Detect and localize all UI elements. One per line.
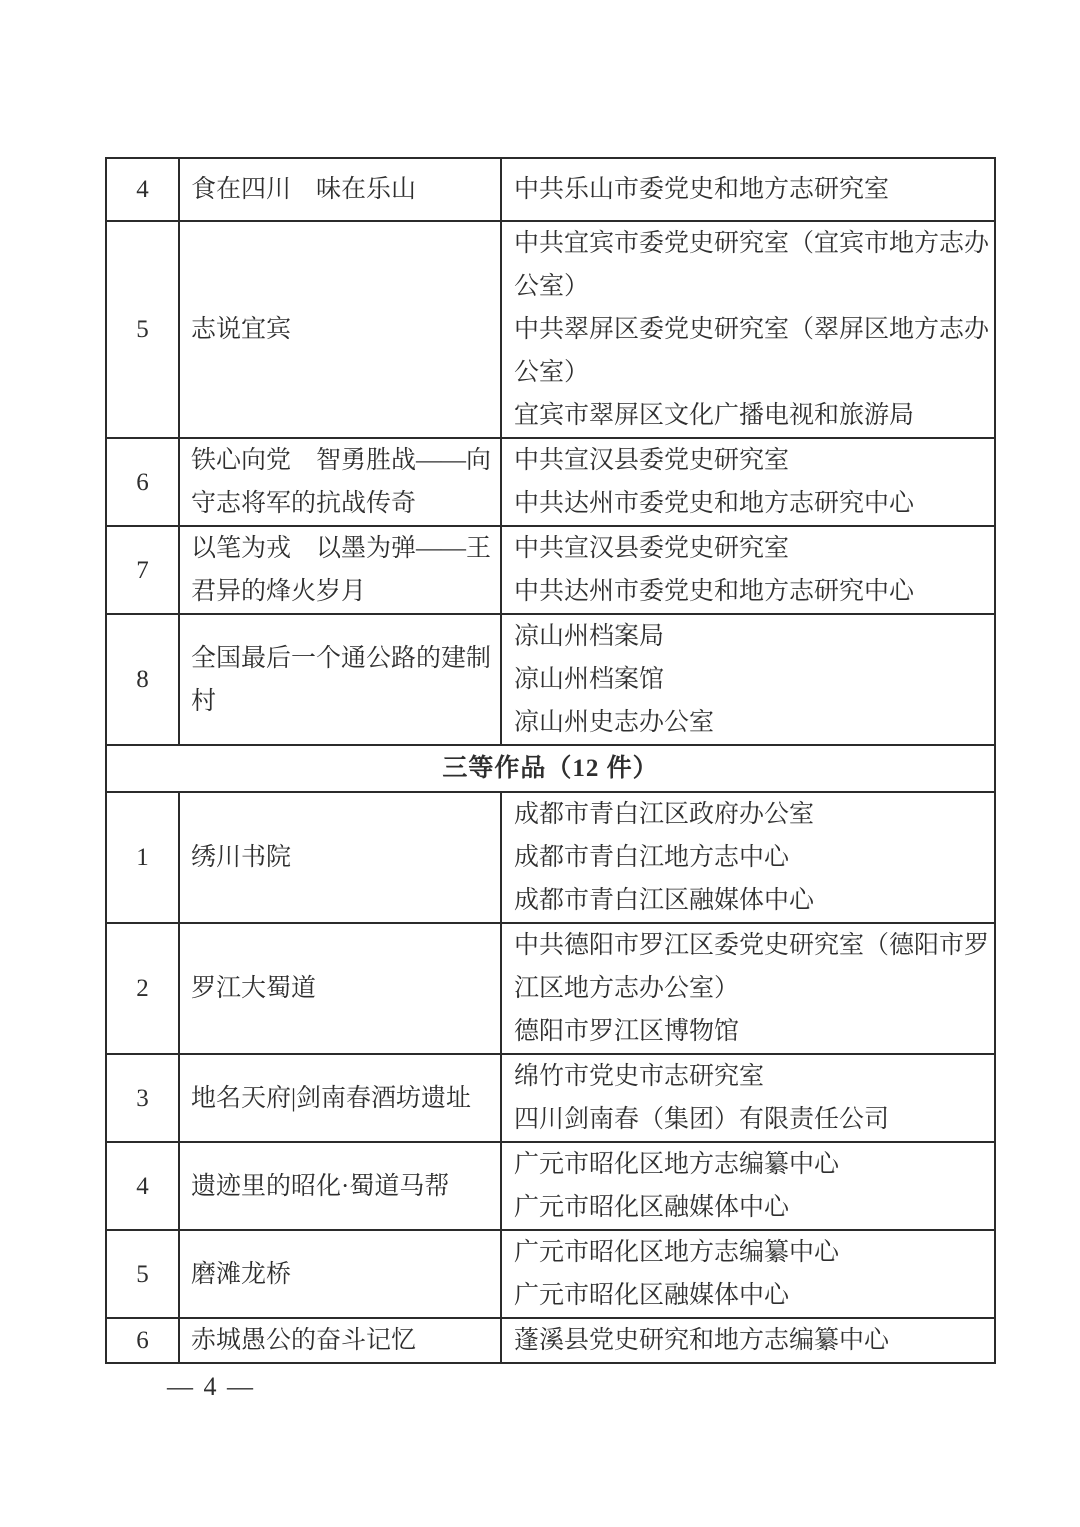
- organization-line: 中共乐山市委党史和地方志研究室: [514, 168, 990, 211]
- organizations-cell: 中共宣汉县委党史研究室 中共达州市委党史和地方志研究中心: [501, 438, 995, 526]
- row-number-cell: 3: [106, 1054, 179, 1142]
- work-title-cell: 赤城愚公的奋斗记忆: [179, 1318, 501, 1363]
- organization-line: 广元市昭化区地方志编纂中心: [514, 1231, 990, 1274]
- organization-line: 德阳市罗江区博物馆: [514, 1010, 990, 1053]
- work-title-cell: 磨滩龙桥: [179, 1230, 501, 1318]
- work-title-cell: 志说宜宾: [179, 221, 501, 438]
- row-number-cell: 4: [106, 1142, 179, 1230]
- organization-line: 凉山州史志办公室: [514, 701, 990, 744]
- row-number-cell: 1: [106, 792, 179, 923]
- organization-line: 宜宾市翠屏区文化广播电视和旅游局: [514, 394, 990, 437]
- organization-line: 成都市青白江地方志中心: [514, 836, 990, 879]
- row-number-cell: 6: [106, 1318, 179, 1363]
- table-row: 4 食在四川 味在乐山 中共乐山市委党史和地方志研究室: [106, 158, 995, 221]
- table-row: 6 铁心向党 智勇胜战——向守志将军的抗战传奇 中共宣汉县委党史研究室 中共达州…: [106, 438, 995, 526]
- row-number-cell: 7: [106, 526, 179, 614]
- organization-line: 绵竹市党史市志研究室: [514, 1055, 990, 1098]
- organizations-cell: 中共德阳市罗江区委党史研究室（德阳市罗江区地方志办公室） 德阳市罗江区博物馆: [501, 923, 995, 1054]
- organization-line: 中共达州市委党史和地方志研究中心: [514, 570, 990, 613]
- organizations-cell: 广元市昭化区地方志编纂中心 广元市昭化区融媒体中心: [501, 1142, 995, 1230]
- work-title-cell: 铁心向党 智勇胜战——向守志将军的抗战传奇: [179, 438, 501, 526]
- organization-line: 中共宣汉县委党史研究室: [514, 527, 990, 570]
- row-number-cell: 8: [106, 614, 179, 745]
- organization-line: 广元市昭化区地方志编纂中心: [514, 1143, 990, 1186]
- work-title-cell: 绣川书院: [179, 792, 501, 923]
- organizations-cell: 中共乐山市委党史和地方志研究室: [501, 158, 995, 221]
- organization-line: 凉山州档案局: [514, 615, 990, 658]
- organization-line: 中共翠屏区委党史研究室（翠屏区地方志办公室）: [514, 308, 990, 394]
- awards-table: 4 食在四川 味在乐山 中共乐山市委党史和地方志研究室 5 志说宜宾 中共宜宾市…: [105, 157, 996, 1364]
- organizations-cell: 广元市昭化区地方志编纂中心 广元市昭化区融媒体中心: [501, 1230, 995, 1318]
- page-number: — 4 —: [167, 1372, 255, 1402]
- row-number-cell: 5: [106, 1230, 179, 1318]
- table-row: 2 罗江大蜀道 中共德阳市罗江区委党史研究室（德阳市罗江区地方志办公室） 德阳市…: [106, 923, 995, 1054]
- table-row: 5 志说宜宾 中共宜宾市委党史研究室（宜宾市地方志办公室） 中共翠屏区委党史研究…: [106, 221, 995, 438]
- tier-section-header: 三等作品（12 件）: [106, 745, 995, 792]
- work-title-cell: 全国最后一个通公路的建制村: [179, 614, 501, 745]
- organization-line: 中共宣汉县委党史研究室: [514, 439, 990, 482]
- organizations-cell: 中共宣汉县委党史研究室 中共达州市委党史和地方志研究中心: [501, 526, 995, 614]
- table-row: 8 全国最后一个通公路的建制村 凉山州档案局 凉山州档案馆 凉山州史志办公室: [106, 614, 995, 745]
- organizations-cell: 中共宜宾市委党史研究室（宜宾市地方志办公室） 中共翠屏区委党史研究室（翠屏区地方…: [501, 221, 995, 438]
- row-number-cell: 2: [106, 923, 179, 1054]
- table-row: 5 磨滩龙桥 广元市昭化区地方志编纂中心 广元市昭化区融媒体中心: [106, 1230, 995, 1318]
- organization-line: 广元市昭化区融媒体中心: [514, 1186, 990, 1229]
- work-title-cell: 食在四川 味在乐山: [179, 158, 501, 221]
- organization-line: 成都市青白江区融媒体中心: [514, 879, 990, 922]
- organizations-cell: 绵竹市党史市志研究室 四川剑南春（集团）有限责任公司: [501, 1054, 995, 1142]
- work-title-cell: 遗迹里的昭化·蜀道马帮: [179, 1142, 501, 1230]
- section-header-row: 三等作品（12 件）: [106, 745, 995, 792]
- organization-line: 蓬溪县党史研究和地方志编纂中心: [514, 1319, 990, 1362]
- table-row: 6 赤城愚公的奋斗记忆 蓬溪县党史研究和地方志编纂中心: [106, 1318, 995, 1363]
- document-page: 4 食在四川 味在乐山 中共乐山市委党史和地方志研究室 5 志说宜宾 中共宜宾市…: [0, 0, 1080, 1527]
- organization-line: 成都市青白江区政府办公室: [514, 793, 990, 836]
- work-title-cell: 罗江大蜀道: [179, 923, 501, 1054]
- work-title-cell: 地名天府|剑南春酒坊遗址: [179, 1054, 501, 1142]
- organization-line: 中共达州市委党史和地方志研究中心: [514, 482, 990, 525]
- organizations-cell: 蓬溪县党史研究和地方志编纂中心: [501, 1318, 995, 1363]
- organization-line: 中共德阳市罗江区委党史研究室（德阳市罗江区地方志办公室）: [514, 924, 990, 1010]
- row-number-cell: 4: [106, 158, 179, 221]
- work-title-cell: 以笔为戎 以墨为弹——王君异的烽火岁月: [179, 526, 501, 614]
- organization-line: 中共宜宾市委党史研究室（宜宾市地方志办公室）: [514, 222, 990, 308]
- row-number-cell: 6: [106, 438, 179, 526]
- row-number-cell: 5: [106, 221, 179, 438]
- organization-line: 凉山州档案馆: [514, 658, 990, 701]
- organization-line: 广元市昭化区融媒体中心: [514, 1274, 990, 1317]
- organization-line: 四川剑南春（集团）有限责任公司: [514, 1098, 990, 1141]
- table-row: 1 绣川书院 成都市青白江区政府办公室 成都市青白江地方志中心 成都市青白江区融…: [106, 792, 995, 923]
- table-row: 7 以笔为戎 以墨为弹——王君异的烽火岁月 中共宣汉县委党史研究室 中共达州市委…: [106, 526, 995, 614]
- organizations-cell: 成都市青白江区政府办公室 成都市青白江地方志中心 成都市青白江区融媒体中心: [501, 792, 995, 923]
- table-row: 3 地名天府|剑南春酒坊遗址 绵竹市党史市志研究室 四川剑南春（集团）有限责任公…: [106, 1054, 995, 1142]
- table-row: 4 遗迹里的昭化·蜀道马帮 广元市昭化区地方志编纂中心 广元市昭化区融媒体中心: [106, 1142, 995, 1230]
- organizations-cell: 凉山州档案局 凉山州档案馆 凉山州史志办公室: [501, 614, 995, 745]
